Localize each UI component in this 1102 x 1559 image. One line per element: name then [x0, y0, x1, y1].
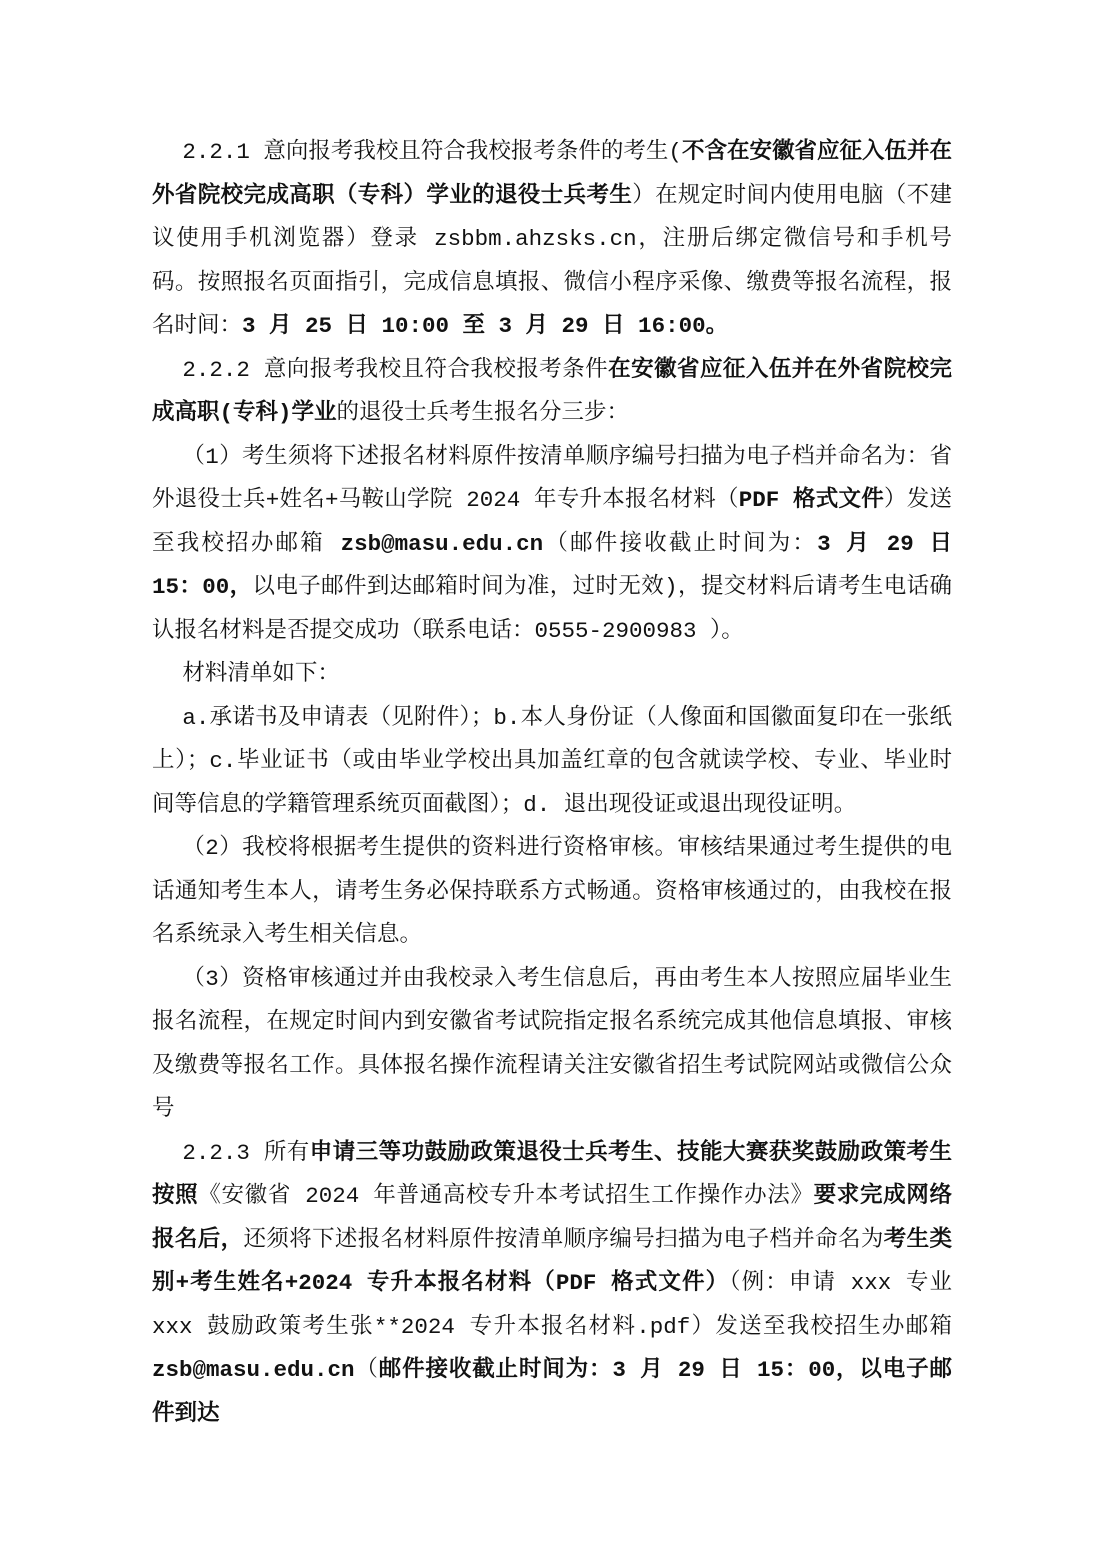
text-segment: 《安徽省 2024 年普通高校专升本考试招生工作操作办法》	[198, 1183, 813, 1209]
paragraph-material-list: a.承诺书及申请表（见附件）；b.本人身份证（人像面和国徽面复印在一张纸上）；c…	[152, 697, 952, 828]
paragraph-step-3: （3）资格审核通过并由我校录入考生信息后，再由考生本人按照应届毕业生报名流程，在…	[152, 958, 952, 1132]
text-segment: （	[355, 1357, 379, 1383]
paragraph-2-2-2: 2.2.2 意向报考我校且符合我校报考条件在安徽省应征入伍并在外省院校完成高职(…	[152, 349, 952, 436]
text-segment: 2.2.1 意向报考我校且符合我校报考条件的考生(	[182, 139, 682, 165]
text-segment: （邮件接收截止时间为：	[543, 531, 817, 557]
text-segment: 的退役士兵考生报名分三步：	[337, 400, 630, 426]
text-segment: 2.2.2 意向报考我校且符合我校报考条件	[182, 357, 608, 383]
paragraph-2-2-1: 2.2.1 意向报考我校且符合我校报考条件的考生(不含在安徽省应征入伍并在外省院…	[152, 131, 952, 349]
paragraph-material-title: 材料清单如下：	[152, 653, 952, 697]
text-segment: 以电子邮件到达邮箱时间为准，过时无效)，提交材料后请考生电话确认报名材料是否提交…	[152, 574, 952, 644]
text-segment: 材料清单如下：	[182, 661, 340, 687]
text-segment: （2）我校将根据考生提供的资料进行资格审核。审核结果通过考生提供的电话通知考生本…	[152, 835, 952, 948]
paragraph-step-1: （1）考生须将下述报名材料原件按清单顺序编号扫描为电子档并命名为：省外退役士兵+…	[152, 436, 952, 654]
text-segment: zsb@masu.edu.cn	[152, 1357, 355, 1383]
document-page: 2.2.1 意向报考我校且符合我校报考条件的考生(不含在安徽省应征入伍并在外省院…	[0, 0, 1102, 1559]
text-segment: PDF 格式文件	[739, 487, 884, 513]
document-body: 2.2.1 意向报考我校且符合我校报考条件的考生(不含在安徽省应征入伍并在外省院…	[152, 131, 952, 1436]
text-segment: 3 月 25 日 10:00 至 3 月 29 日 16:00。	[242, 313, 728, 339]
text-segment: zsb@masu.edu.cn	[341, 531, 544, 557]
text-segment: 还须将下述报名材料原件按清单顺序编号扫描为电子档并命名为	[243, 1227, 883, 1253]
text-segment: a.承诺书及申请表（见附件）；b.本人身份证（人像面和国徽面复印在一张纸上）；c…	[152, 705, 952, 818]
paragraph-step-2: （2）我校将根据考生提供的资料进行资格审核。审核结果通过考生提供的电话通知考生本…	[152, 827, 952, 958]
text-segment: （3）资格审核通过并由我校录入考生信息后，再由考生本人按照应届毕业生报名流程，在…	[152, 966, 952, 1123]
paragraph-2-2-3: 2.2.3 所有申请三等功鼓励政策退役士兵考生、技能大赛获奖鼓励政策考生按照《安…	[152, 1132, 952, 1437]
text-segment: 2.2.3 所有	[182, 1140, 309, 1166]
